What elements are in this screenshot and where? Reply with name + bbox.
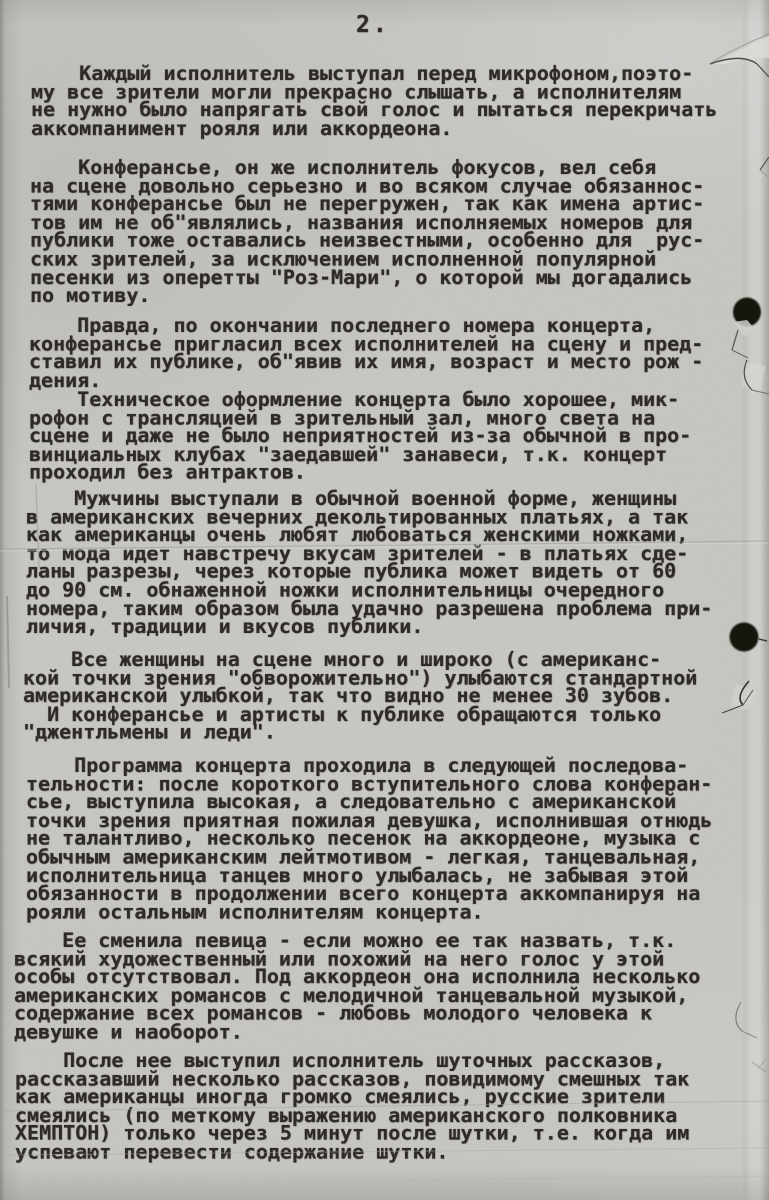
text-line: аккомпанимент рояля или аккордеона. bbox=[31, 119, 717, 137]
text-line: успевают перевести содержание шутки. bbox=[15, 1143, 689, 1161]
paragraph: Программа концерта проходила в следующей… bbox=[26, 756, 712, 921]
text-line: рояли остальным исполнителям концерта. bbox=[26, 903, 712, 921]
paragraph: После нее выступил исполнитель шуточных … bbox=[15, 1051, 689, 1161]
tear-under-upper-hole bbox=[742, 360, 769, 394]
paragraph: Конферансье, он же исполнитель фокусов, … bbox=[30, 158, 704, 305]
paragraph: Каждый исполнитель выступал перед микроф… bbox=[31, 64, 717, 137]
page-number: 2. bbox=[356, 12, 390, 38]
text-line: ставил их публике, об"явив их имя, возра… bbox=[29, 353, 703, 371]
tear-lower-right bbox=[736, 1002, 757, 1038]
punch-hole-upper bbox=[732, 298, 761, 359]
notch-right-edge bbox=[760, 157, 769, 177]
text-line: проходил без антрактов. bbox=[29, 463, 691, 481]
tear-under-lower-hole bbox=[722, 681, 756, 713]
text-line: "джентльмены и леди". bbox=[23, 723, 697, 741]
paragraph: Ее сменила певица - если можно ее так на… bbox=[14, 931, 700, 1041]
paragraph: Мужчины выступали в обычной военной форм… bbox=[26, 489, 712, 636]
paragraph: Все женщины на сцене много и широко (с а… bbox=[23, 650, 697, 742]
crease-left-edge bbox=[7, 596, 9, 688]
paragraph: Техническое оформление концерта было хор… bbox=[29, 390, 691, 482]
mark-right-edge bbox=[752, 1059, 766, 1072]
punch-hole-lower bbox=[730, 623, 768, 652]
tear-top-right bbox=[710, 34, 769, 77]
paragraph: Правда, по окончании последнего номера к… bbox=[29, 316, 703, 389]
document-page: 2. Каждый исполнитель выступал перед мик… bbox=[0, 0, 769, 1200]
text-line: девушке и наоборот. bbox=[14, 1023, 700, 1041]
